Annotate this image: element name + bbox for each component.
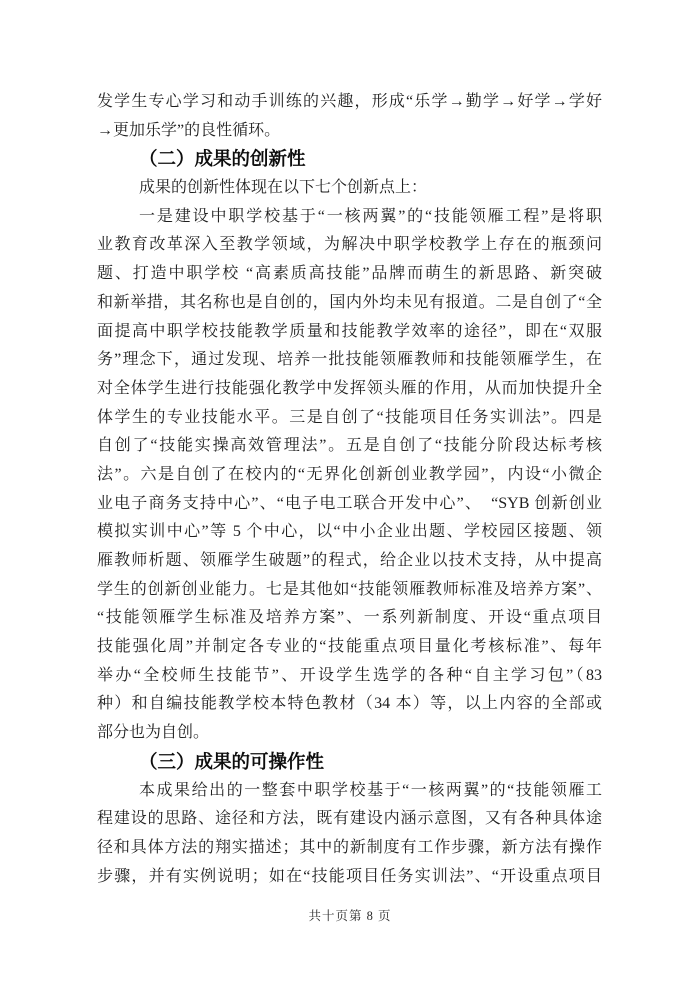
body-text-line: 和新举措，其名称也是自创的，国内外均未见有报道。二是自创了“全 (97, 289, 602, 318)
document-body: 发学生专心学习和动手训练的兴趣，形成“乐学→勤学→好学→学好→更加乐学”的良性循… (97, 88, 602, 891)
document-page: 发学生专心学习和动手训练的兴趣，形成“乐学→勤学→好学→学好→更加乐学”的良性循… (0, 0, 700, 990)
section-heading: （三）成果的可操作性 (97, 748, 602, 777)
section-heading: （二）成果的创新性 (97, 145, 602, 174)
body-text-line: 务”理念下，通过发现、培养一批技能领雁教师和技能领雁学生，在 (97, 346, 602, 375)
body-text-line: →更加乐学”的良性循环。 (97, 117, 602, 146)
body-text-line: 技能强化周”并制定各专业的“技能重点项目量化考核标准”、每年 (97, 633, 602, 662)
body-text-line: “技能领雁学生标准及培养方案”、一系列新制度、开设“重点项目 (97, 604, 602, 633)
body-text-line: 程建设的思路、途径和方法，既有建设内涵示意图，又有各种具体途 (97, 805, 602, 834)
body-text-line: 步骤，并有实例说明；如在“技能项目任务实训法”、“开设重点项目 (97, 863, 602, 892)
body-text-line: 业电子商务支持中心”、“电子电工联合开发中心”、 “SYB 创新创业 (97, 490, 602, 519)
body-text-line: 种）和自编技能教学校本特色教材（34 本）等，以上内容的全部或 (97, 690, 602, 719)
body-text-line: 体学生的专业技能水平。三是自创了“技能项目任务实训法”。四是 (97, 404, 602, 433)
body-text-line: 业教育改革深入至教学领域，为解决中职学校教学上存在的瓶颈问 (97, 231, 602, 260)
body-text-line: 成果的创新性体现在以下七个创新点上： (97, 174, 602, 203)
body-text-line: 举办“全校师生技能节”、开设学生选学的各种“自主学习包”（83 (97, 662, 602, 691)
body-text-line: 部分也为自创。 (97, 719, 602, 748)
body-text-line: 法”。六是自创了在校内的“无界化创新创业教学园”，内设“小微企 (97, 461, 602, 490)
body-text-line: 本成果给出的一整套中职学校基于“一核两翼”的“技能领雁工 (97, 777, 602, 806)
body-text-line: 径和具体方法的翔实描述；其中的新制度有工作步骤，新方法有操作 (97, 834, 602, 863)
body-text-line: 模拟实训中心”等 5 个中心，以“中小企业出题、学校园区接题、领 (97, 518, 602, 547)
body-text-line: 题、打造中职学校 “高素质高技能”品牌而萌生的新思路、新突破 (97, 260, 602, 289)
body-text-line: 自创了“技能实操高效管理法”。五是自创了“技能分阶段达标考核 (97, 432, 602, 461)
body-text-line: 对全体学生进行技能强化教学中发挥领头雁的作用，从而加快提升全 (97, 375, 602, 404)
body-text-line: 学生的创新创业能力。七是其他如“技能领雁教师标准及培养方案”、 (97, 576, 602, 605)
body-text-line: 发学生专心学习和动手训练的兴趣，形成“乐学→勤学→好学→学好 (97, 88, 602, 117)
page-footer: 共十页第 8 页 (0, 906, 700, 924)
body-text-line: 雁教师析题、领雁学生破题”的程式，给企业以技术支持，从中提高 (97, 547, 602, 576)
body-text-line: 面提高中职学校技能教学质量和技能教学效率的途径”，即在“双服 (97, 318, 602, 347)
body-text-line: 一是建设中职学校基于“一核两翼”的“技能领雁工程”是将职 (97, 203, 602, 232)
